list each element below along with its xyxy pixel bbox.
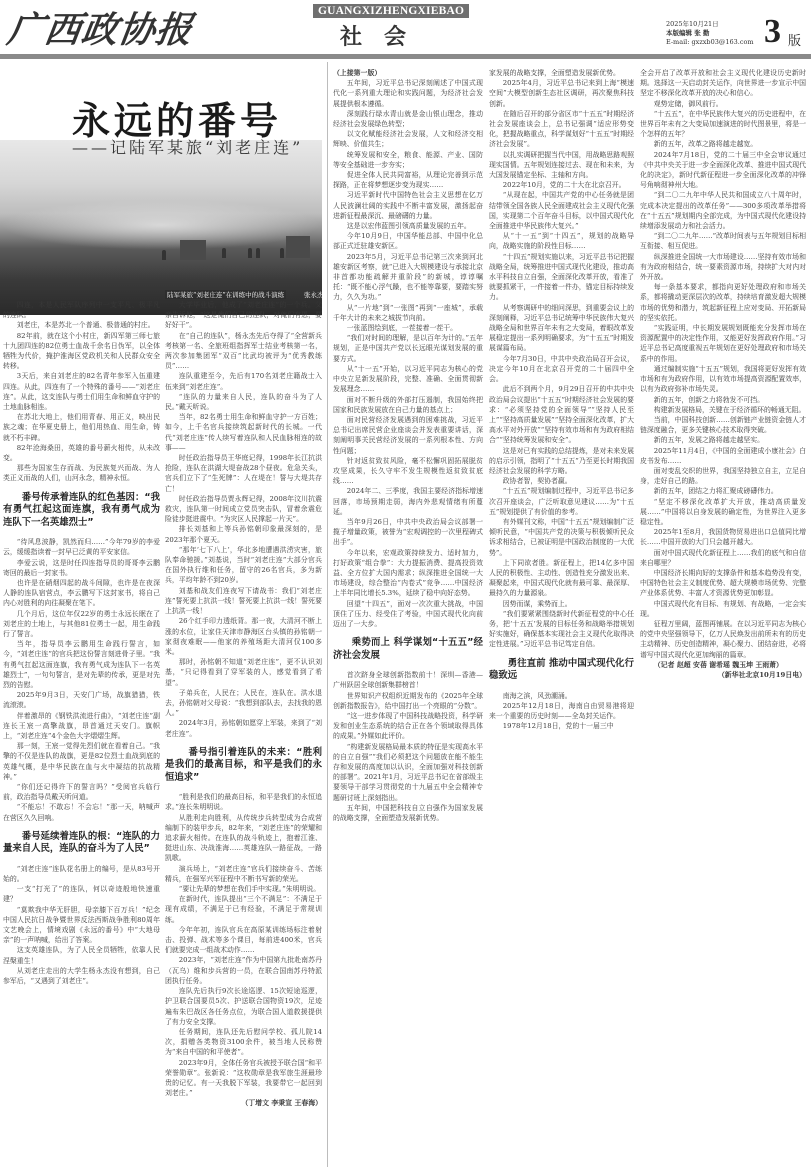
article1-column-2: 大学毕业后，他成了“刘老庄连”的一个兵。父亲告诉他，“这是俺们自己的连队，对俺们… [165,300,322,1170]
paragraph: 南海之滨，风劲潮涌。 [489,691,634,701]
paragraph: 全会开启了改革开放和社会主义现代化建设历史新时期。选择这一天启动封关运作，向世界… [640,68,806,99]
paragraph: 2025年12月18日，海南自由贸易港将迎来一个重要的历史时刻——全岛封关运作。 [489,701,634,721]
paragraph: 刘基和战友们连夜写下请战书：我们“刘老庄连”誓死要上抗洪一线！誓死要上抗洪一线！… [165,586,322,617]
section-heading: 乘势而上 科学谋划“十五五”经济社会发展 [333,637,483,662]
section-heading: 番号传承着连队的红色基因：“我有勇气扛起这面连旗，我有勇气成为连队下一名英雄烈士… [3,492,160,530]
paragraph: “要让先辈的梦想在我们手中实现。”朱明明说。 [165,884,322,894]
photo-caption: 陆军某旅“刘老庄连”在训练中的战斗演练 [165,290,286,299]
paragraph: “构建新发展格局最本质的特征是实现高水平的自立自强”“我们必须把这个问题放在能不… [333,742,483,803]
paragraph: 促进全体人民共同富裕，从理论完善到示范探路，正在将梦想逐步变为现实…… [333,170,483,190]
photo-tank [286,236,310,258]
paragraph: 李爱云说，这是时任四连指导员的哥哥李云鹏寄回的最后一封家书。 [3,558,160,578]
paragraph: “到二〇二九年中华人民共和国成立八十周年时，完成本决定提出的改革任务”——300… [640,190,806,231]
paragraph: 时任政治指导员王华庭记得，1998年长江抗洪抢险，连队在洪湖大堤奋战28个昼夜。… [165,453,322,494]
paragraph: 当年9月26日，中共中央政治局会议部署一揽子增量政策，被誉为“宏观调控的一次里程… [333,517,483,548]
paragraph: 那些为国家生存而战、为民族复兴而战、为人类正义而战的人们，山河永念，精神永恒。 [3,463,160,483]
paragraph: 一张蓝图绘到底，一茬接着一茬干。 [333,323,483,333]
paragraph: “你们还记得许下的誓言吗？”受阅官兵临行前，政治指导员戴天昕问道。 [3,782,160,802]
paragraph: 3天后，来自刘老庄的82名青年参军入伍重建四连。从此，四连有了一个特殊的番号——… [3,371,160,412]
paragraph: 深刻践行绿水青山就是金山银山理念，推动经济社会发展绿色转型； [333,109,483,129]
paragraph: 2025年4月，习近平总书记来到上海“模速空间”大模型创新生态社区调研，再次聚焦… [489,78,634,109]
paragraph: 演兵场上，“刘老庄连”官兵们接续奋斗、苦练精兵，在强军兴军征程中不断书写新的荣光… [165,864,322,884]
paragraph: 连队重建至今，先后有170名刘老庄籍战士入伍来到“刘老庄连”。 [165,371,322,391]
paragraph: 面对不断升级的外部打压遏制，我国始终把国家和民族发展放在自己力量的基点上； [333,395,483,415]
paragraph: 新的五年，改革之路将越走越宽。 [640,139,806,149]
paragraph: 面对中国式现代化新征程上……我们的底气和自信来自哪里？ [640,548,806,568]
paragraph: 排长刘基和上等兵孙铭朝印象最深刻的，是2023年那个夏天。 [165,524,322,544]
article-photo [0,140,322,315]
paragraph: “莫欺我中华无肝胆，母亲膝下百万兵！”纪念中国人民抗日战争暨世界反法西斯战争胜利… [3,905,160,946]
section-title: 社会 [340,20,428,51]
paragraph: 观势定储，御风前行。 [640,99,806,109]
paragraph: 通过编制实施“十五五”规划，我国将更好发挥有效市场和有为政府作用，以有效市场提高… [640,364,806,395]
paragraph: 2025年1至8月，我国货物贸易进出口总值同比增长……中国开放的大门只会越开越大… [640,527,806,547]
article-subtitle: ——记陆军某旅“刘老庄连” [72,135,303,158]
paragraph: 世界知识产权组织近期发布的《2025年全球创新指数报告》，给中国打出一个亮眼的“… [333,691,483,711]
paragraph: 当年，82名勇士用生命和鲜血守护一方百姓；如今，上千名官兵接续筑起新时代的长城。… [165,412,322,453]
paragraph: 新的五年，创新之力将勃发不可挡。 [640,395,806,405]
photo-soldier [222,248,226,258]
paragraph: “待风息波静，凯然而归……”今年79岁的李爱云，缓缓指读着一封早已泛黄的平安家信… [3,537,160,557]
paragraph: 因势而谋，乘势而上。 [489,599,634,609]
paragraph: 纵深推进全国统一大市场建设……坚持有效市场和有为政府相结合，统一要素资源市场，持… [640,252,806,283]
paragraph: 以文化赋能经济社会发展，人文和经济交相辉映、价值共生； [333,129,483,149]
photo-soldier [162,250,166,260]
photo-tank [180,240,206,260]
paragraph: 那时，孙铭朝不知道“刘老庄连”，更不认识刘基，“只记得看到了穿军装的人，感觉看到… [165,657,322,688]
issue-date: 2025年10月21日 [666,20,754,29]
paragraph: 今年以来，宏观政策持续发力、适时加力，打好政策“组合拳”：大力提振消费、提高投资… [333,548,483,599]
paragraph: 当前，中国科技创新……创新链产业链资金链人才链深度融合，更多关键核心技术取得突破… [640,415,806,435]
paragraph: 那一刻，王宸一觉得先烈们就在看着自己。“我擎的不仅是连队的战旗，更是82位烈士血… [3,741,160,782]
paragraph: 面对民营经济发展遇到的困难挑战，习近平总书记出席民营企业座谈会并发表重要讲话，深… [333,415,483,456]
paragraph: 政协者智，契协者赢。 [489,476,634,486]
paragraph: 从刘老庄走出的大学生杨永杰没有想到，自己参军后，“又遇到了刘老庄”。 [3,966,160,986]
paragraph: 2025年9月3日，天安门广场，战旗猎猎，铁流滚滚。 [3,690,160,710]
paragraph: 今年年初，连队官兵在高原某训练场标注着射击、投弹、战术等多个课目，每前进400米… [165,925,322,956]
paragraph: 从“十一五”开始，以习近平同志为核心的党中央立足新发展阶段，完整、准确、全面贯彻… [333,364,483,395]
paragraph: 2022年10月，党的二十大在北京召开。 [489,180,634,190]
paragraph: “连队的力量来自人民，连队的奋斗为了人民。”戴天昕说。 [165,392,322,412]
paragraph: 当年，指导员李云鹏用生命践行誓言，如今，“刘老庄连”的官兵把这份誓言刻进骨子里。… [3,639,160,690]
paragraph: 也许是在硝烟四起的战斗间隙，也许是在夜深人静的连队宿营点，李云鹏写下这封家书，将… [3,578,160,609]
article2-column-2: 家发展的战略支撑，全面塑造发展新优势。 2025年4月，习近平总书记来到上海“模… [489,68,634,1168]
paragraph: 伴着激昂的《钢铁洪流进行曲》，“刘老庄连”副连长王宸一高擎战旗，昂首通过天安门。… [3,711,160,742]
paragraph: “刘老庄连”连队花名册上的编号，是从83号开始的。 [3,864,160,884]
paragraph: 征程万里阔，蓝图再铺展。在以习近平同志为核心的党中央坚强领导下，亿万人民焕发出前… [640,619,806,660]
paragraph: “这一进步体现了中国科技战略投资，科学研发和创业生态系统的结合正在各个领域取得具… [333,711,483,742]
paragraph: 此后不到两个月，9月29日召开的中共中央政治局会议提出“十五五”时期经济社会发展… [489,384,634,445]
paragraph: 中国式现代化有目标、有规划、有战略，一定会实现。 [640,599,806,619]
paragraph: 在新时代，连队提出“三个不满足”：不满足于现有成绩，不满足于已有经验，不满足于常… [165,894,322,925]
paragraph: 首次跻身全球创新指数前十！深圳—香港—广州跃居全球创新集群榜首！ [333,670,483,690]
paragraph: 82年前，就在这个小村庄，新四军第三师七旅十九团四连的82位勇士血战千余名日伪军… [3,331,160,372]
paragraph: 2024年3月，孙铭朝如愿穿上军装，来到了“刘老庄连”。 [165,718,322,738]
paragraph: 1978年12月18日，党的十一届三中 [489,721,634,731]
paragraph: 今年7月30日，中共中央政治局召开会议，决定今年10月在北京召开党的二十届四中全… [489,354,634,385]
paragraph: “十四五”规划实施以来，习近平总书记把握战略全局，统筹推进中国式现代化建设，推动… [489,252,634,303]
paragraph: 新的五年，发展之路将越走越坚实。 [640,435,806,445]
paragraph: 2025年11月4日，《中国的全面建成小康社会》白皮书发布…… [640,446,806,466]
paragraph: 回望“十四五”，面对一次次重大挑战，中国顶住了压力、经受住了考验，中国式现代化向… [333,599,483,630]
paragraph: 82年沧海桑田，英雄的番号薪火相传，从未改变。 [3,443,160,463]
paragraph: “从现在起，中国共产党的中心任务就是团结带领全国各族人民全面建成社会主义现代化强… [489,190,634,231]
paragraph: 今年10月9日，中国华能总部、中国中化总部正式迁驻雄安新区。 [333,231,483,251]
paragraph: 从胜利走向胜利，从传统步兵转型成为合成营编制下的装甲步兵，82年来，“刘老庄连”… [165,813,322,864]
paragraph: 针对返贫致贫风险，毫不松懈巩固拓展脱贫攻坚成果，长久守牢不发生规模性返贫致贫底线… [333,456,483,487]
paragraph: 在“自己的连队”，杨永杰先后夺得了“全营新兵考核第一名、全旅班组指挥军士结业考核… [165,331,322,372]
paragraph: 子弟兵在，人民在；人民在，连队在。洪水退去，孙铭朝对父母说：“我想到部队去，去找… [165,688,322,719]
paragraph: 习近平新时代中国特色社会主义思想在亿万人民波澜壮阔的实践中不断丰富发展，激扬起奋… [333,190,483,221]
paragraph: 每一条基本要求，都指向更好处理政府和市场关系，都将撬动更深层次的改革，持续培育激… [640,282,806,323]
paragraph: 从考察调研中的细问深思，到重要会议上的深刻阐释，习近平总书记统筹中华民族伟大复兴… [489,303,634,354]
continued-label: （上接第一版） [333,68,483,78]
paragraph: “十五五”规划编制过程中，习近平总书记多次召开座谈会，广泛听取意见建议……为“十… [489,486,634,517]
page-unit: 版 [788,30,801,49]
article-dateline: （新华社北京10月19日电） [640,670,806,680]
header-rule [0,54,811,59]
photo-soldier [248,248,252,258]
masthead: 广西政协报 GUANGXIZHENGXIEBAO 社会 2025年10月21日 … [0,0,811,52]
paragraph: 上下同欲者胜。新征程上，把14亿多中国人民的积极性、主动性、创造性充分激发出来、… [489,558,634,599]
paragraph: 2024年7月18日，党的二十届三中全会审议通过《中共中央关于进一步全面深化改革… [640,150,806,191]
paragraph: 统筹发展和安全，粮食、能源、产业、国防等安全基础进一步夯实； [333,150,483,170]
paragraph: “不能忘！不敢忘！不会忘！”那一天，呐喊声在营区久久回响。 [3,802,160,822]
newspaper-pinyin: GUANGXIZHENGXIEBAO [313,4,469,18]
paragraph: “那年‘七下八上’，华北多地遭遇洪涝灾害，旅队奉命驰援。”刘基说，当时“刘老庄连… [165,545,322,586]
article2-column-3: 全会开启了改革开放和社会主义现代化建设历史新时期。选择这一天启动封关运作，向世界… [640,68,806,1168]
column-divider [327,62,328,1167]
paragraph: “胜利是我们的最高目标，和平是我们的永恒追求。”连长朱明明说。 [165,792,322,812]
paragraph: 中国经济长期向好的支撑条件和基本趋势没有变，中国特色社会主义制度优势、超大规模市… [640,568,806,599]
photo-smoke [0,200,322,250]
paragraph: 大学毕业后，他成了“刘老庄连”的一个兵。父亲告诉他，“这是俺们自己的连队，对俺们… [165,300,322,331]
paragraph: 在随后召开的部分省区市“十五五”时期经济社会发展座谈会上，总书记强调“适应形势变… [489,109,634,150]
section-heading: 勇往直前 推动中国式现代化行稳致远 [489,658,634,683]
article-byline: （记者 赵超 安蓓 谢希瑶 魏玉坤 王雨萧） [640,660,806,670]
paragraph: 从“十一五”到“十四五”，规划的战略导向，战略实施的阶段性目标…… [489,231,634,251]
paragraph: 2023年，“刘老庄连”作为中国第九批赴南苏丹（瓦乌）维和步兵营的一员，在联合国… [165,955,322,986]
paragraph: 在苏北大地上，他们用青春、用正义，映出民族之魂；在华夏史册上，他们用热血、用生命… [3,412,160,443]
paragraph: 2024年二、三季度，我国主要经济指标增速回落，市场预期走弱，海内外悲观情绪有所… [333,486,483,517]
photo-soldier [280,248,284,258]
paragraph: “十五五”，在中华民族伟大复兴的历史进程中，在世界百年未有之大变局加速演进的时代… [640,109,806,140]
paragraph: 2023年5月，习近平总书记第三次来到河北雄安新区考察，就“已进入大规模建设与承… [333,252,483,303]
paragraph: 面对变乱交织的世界，我国坚持独立自主，立足自身，走好自己的路。 [640,466,806,486]
paragraph: “我们要紧紧围绕新时代新征程党的中心任务，把‘十五五’发展的目标任务和战略举措规… [489,609,634,650]
issue-meta: 2025年10月21日 本版编辑 张 勤 E-mail: gxzxb03@163… [666,20,754,47]
paragraph: 家发展的战略支撑，全面塑造发展新优势。 [489,68,634,78]
paragraph: 这是对已有实践的总结提炼，是对未来发展的启示引领，指明了“十五五”乃至更长时期我… [489,446,634,477]
paragraph: 五年间，习近平总书记深刻阐述了中国式现代化一系列重大理论和实践问题，为经济社会发… [333,78,483,109]
paragraph: 有外媒刊文称，中国“十五五”规划编制广泛倾听民意，“中国共产党的决策与积极倾听民… [489,517,634,558]
paragraph: 几个月后，这位年仅22岁的勇士永远长眠在了刘老庄的土地上，与其他81位勇士一起，… [3,609,160,640]
paragraph: 26个红手印力透纸背。那一夜，大清河不断上涨的水位，让家住天津市静海区台头镇的孙… [165,616,322,657]
paragraph: “我们对时间的理解，是以百年为计的。”五年规划，正是中国共产党以长远眼光谋划发展… [333,333,483,364]
paragraph: 从“一片地”到“一张图”再到“一座城”，承载千年大计的未来之城拔节向前。 [333,303,483,323]
paragraph: 这支英雄连队，为了人民全员牺牲，依靠人民涅槃重生！ [3,945,160,965]
page-number: 3 [764,13,781,51]
article-byline: （丁增文 李秉宣 王春海） [165,1098,322,1108]
editor-email: E-mail: gxzxb03@163.com [666,38,754,47]
paragraph: 这是以宏伟蓝图引领高质量发展的五年。 [333,221,483,231]
paragraph: 新的五年，团结之力将汇聚成磅礴伟力。 [640,486,806,496]
page-editor: 本版编辑 张 勤 [666,29,754,38]
paragraph: 刘老庄，本是苏北一个普通、极普通的村庄。 [3,320,160,330]
paragraph: 时任政治指导员贾永辉记得，2008年汶川抗震救灾，连队第一时间成立党员突击队，冒… [165,494,322,525]
paragraph: 以扎实调研把握当代中国，用战略思路观照现实国情。五年规划连接过去、现在和未来，为… [489,150,634,181]
paragraph: 五年间，中国把科技自立自强作为国家发展的战略支撑，全面塑造发展新优势。 [333,803,483,823]
paragraph: “实践证明，中长期发展规划既能充分发挥市场在资源配置中的决定性作用，又能更好发挥… [640,323,806,364]
photo-soldier [256,248,260,258]
paragraph: 任务期间，连队还先后慰问学校、孤儿院14次，捐赠各类物资3100余件，被当地人民… [165,1027,322,1058]
article1-column-1: 四连，本是人民军队序列中一支平凡、极平凡的连队。 刘老庄，本是苏北一个普通、极普… [3,300,160,1170]
paragraph: 构建新发展格局，关键在于经济循环的畅通无阻。 [640,405,806,415]
paragraph: “到二〇二九年……”改革时间表与五年规划目标相互衔接、相互促进。 [640,231,806,251]
paragraph: 2023年9月，全体任务官兵被授予联合国“和平荣誉勋章”。张新说：“这枚勋章是我… [165,1058,322,1099]
newspaper-logo: 广西政协报 [4,2,196,53]
paragraph: 四连，本是人民军队序列中一支平凡、极平凡的连队。 [3,300,160,320]
section-heading: 番号指引着连队的未来：“胜利是我们的最高目标，和平是我们的永恒追求” [165,747,322,785]
section-heading: 番号延续着连队的根：“连队的力量来自人民，连队的奋斗为了人民” [3,831,160,856]
article2-column-1: （上接第一版） 五年间，习近平总书记深刻阐述了中国式现代化一系列重大理论和实践问… [333,68,483,1168]
paragraph: “坚定不移深化改革扩大开放，推动高质量发展……”中国将以自身发展的确定性，为世界… [640,497,806,528]
paragraph: 连队先后执行9次长途巡逻、15次短途巡逻，护卫联合国要员5次、护送联合国物资19… [165,986,322,1027]
paragraph: 一支“打光了”的连队，何以奇迹般地快速重建？ [3,884,160,904]
